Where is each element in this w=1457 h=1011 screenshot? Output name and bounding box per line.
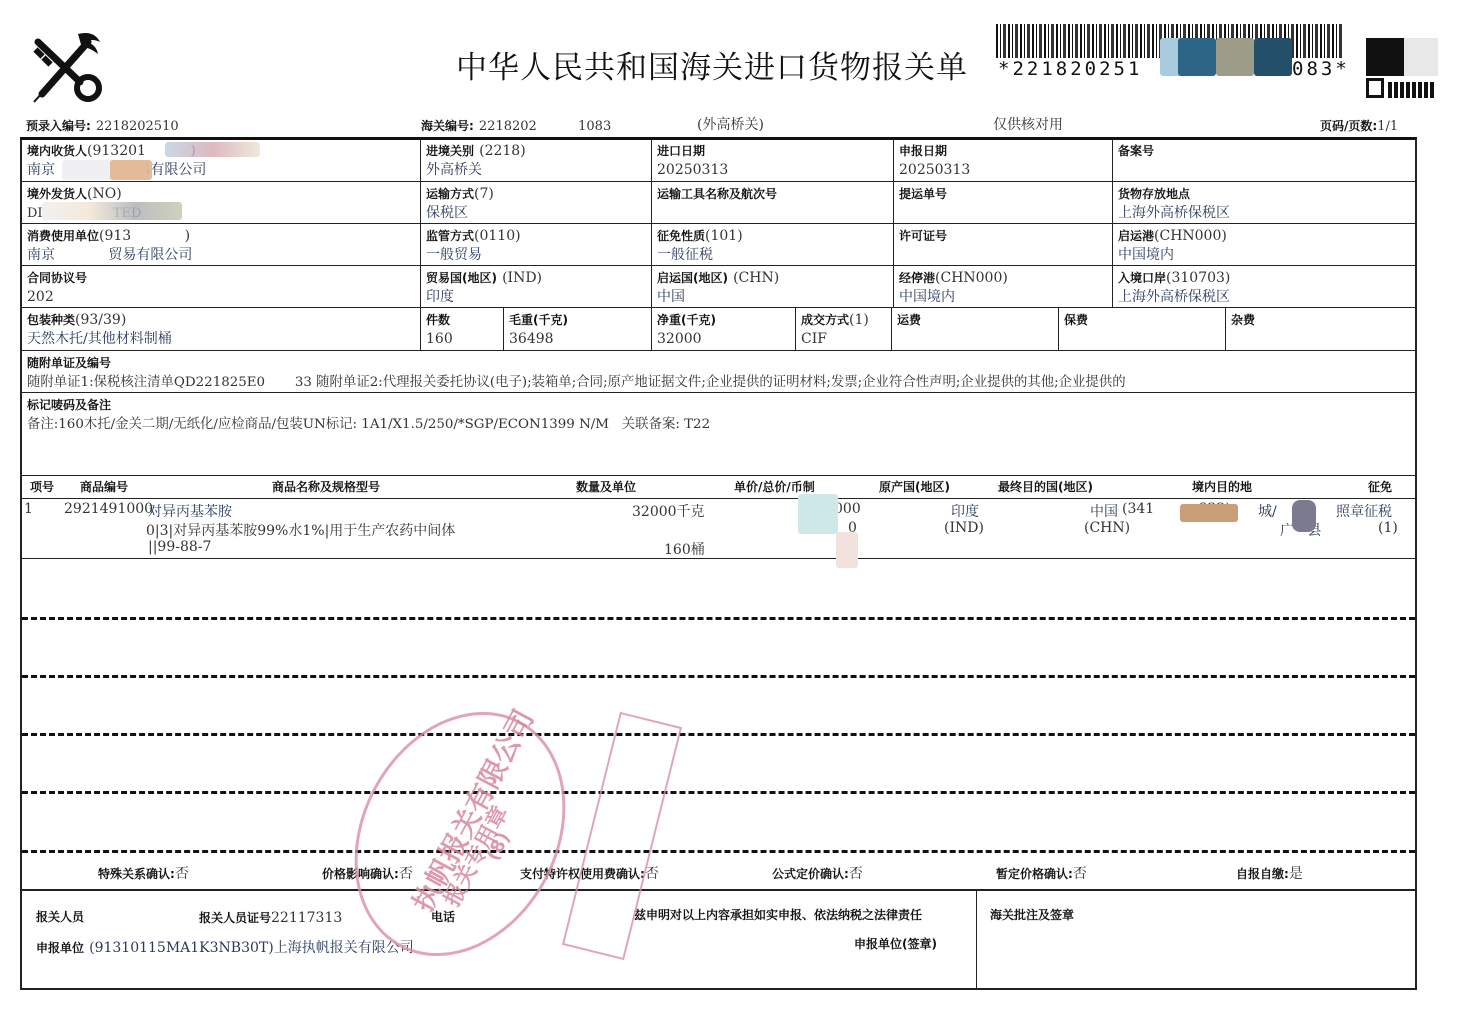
legal-statement: 兹申明对以上内容承担如实申报、依法纳税之法律责任 [634,906,922,923]
field-bill-no: 提运单号 [894,182,1113,223]
qr-code-icon [1366,28,1438,100]
row-divider [22,733,1415,736]
field-departure-country: 启运国(地区) (CHN) 中国 [652,266,894,307]
redaction [1180,504,1238,522]
barcode-text-prefix: *221820251 [998,58,1142,80]
declarant-cert: 报关人员证号22117313 [199,907,342,926]
form-row-2: 境外发货人(NO) DI TED 运输方式(7) 保税区 运输工具名称及航次号 … [22,182,1415,224]
field-consumer: 消费使用单位(913 ) 南京 贸易有限公司 [22,224,421,265]
redaction [798,494,838,534]
field-departure-port: 启运港(CHN000) 中国境内 [1113,224,1415,265]
field-gross-weight: 毛重(千克) 36498 [504,308,652,350]
field-contract-no: 合同协议号 202 [22,266,421,307]
field-freight: 运费 [892,308,1059,350]
row-divider [22,791,1415,794]
field-insurance: 保费 [1059,308,1226,350]
redaction [1254,38,1292,76]
redaction [1178,38,1216,76]
confirmations-row: 特殊关系确认:否 价格影响确认:否 支付特许权使用费确认:否 公式定价确认:否 … [22,853,1415,891]
field-license-no: 许可证号 [894,224,1113,265]
field-supervision: 监管方式(0110) 一般贸易 [421,224,652,265]
row-divider [22,675,1415,678]
form-title: 中华人民共和国海关进口货物报关单 [456,42,968,87]
col-price: 单价/总价/币制 [734,478,815,495]
field-net-weight: 净重(千克) 32000 [652,308,796,350]
form-row-4: 合同协议号 202 贸易国(地区) (IND) 印度 启运国(地区) (CHN)… [22,266,1415,308]
marks-and-remarks: 标记唛码及备注 备注:160木托/金关二期/无纸化/应检商品/包装UN标记: 1… [22,393,1415,476]
field-pieces: 件数 160 [421,308,504,350]
confirm-provisional-price: 暂定价格确认:否 [996,863,1087,883]
field-trade-country: 贸易国(地区) (IND) 印度 [421,266,652,307]
col-item-no: 项号 [30,478,54,495]
goods-table-header: 项号 商品编号 商品名称及规格型号 数量及单位 单价/总价/币制 原产国(地区)… [22,476,1415,499]
field-entry-port: 入境口岸(310703) 上海外高桥保税区 [1113,266,1415,307]
page-indicator: 页码/页数:1/1 [1320,115,1398,134]
field-storage-place: 货物存放地点 上海外高桥保税区 [1113,182,1415,223]
redaction [836,532,858,568]
col-final-dest: 最终目的国(地区) [998,478,1093,495]
col-quantity: 数量及单位 [576,478,636,495]
pre-entry-number: 预录入编号: 2218202510 [26,115,179,134]
field-misc-fee: 杂费 [1226,308,1415,350]
field-transport-name: 运输工具名称及航次号 [652,182,894,223]
confirm-formula-pricing: 公式定价确认:否 [772,863,863,883]
customs-emblem-icon [28,28,108,106]
form-row-3: 消费使用单位(913 ) 南京 贸易有限公司 监管方式(0110) 一般贸易 征… [22,224,1415,266]
col-origin: 原产国(地区) [879,478,950,495]
declarant-label: 报关人员 [36,908,84,925]
row-divider [22,617,1415,620]
field-deal-mode: 成交方式(1) CIF [796,308,892,350]
attached-documents: 随附单证及编号 随附单证1:保税核注清单QD221825E0 33 随附单证2:… [22,351,1415,393]
customs-note-label: 海关批注及签章 [990,906,1074,923]
field-transport-mode: 运输方式(7) 保税区 [421,182,652,223]
field-entry-customs: 进境关别 (2218) 外高桥关 [421,139,652,181]
seal-label: 申报单位(签章) [854,935,937,952]
field-declare-date: 申报日期 20250313 [894,139,1113,181]
field-tax-nature: 征免性质(101) 一般征税 [652,224,894,265]
confirm-self-declare: 自报自缴:是 [1236,863,1303,883]
customs-office: (外高桥关) [697,114,764,134]
field-import-date: 进口日期 20250313 [652,139,894,181]
col-hs-code: 商品编号 [80,478,128,495]
redaction [110,160,152,180]
field-record-no: 备案号 [1113,139,1415,181]
footer-divider [976,891,977,988]
redaction [165,142,260,157]
col-domestic-dest: 境内目的地 [1192,478,1252,495]
field-package-type: 包装种类(93/39) 天然木托/其他材料制桶 [22,308,421,350]
redaction [1216,38,1254,76]
confirm-special-relation: 特殊关系确认:否 [98,863,189,883]
customs-number: 海关编号: 2218202 1083 [421,115,611,134]
verify-only-note: 仅供核对用 [993,114,1063,134]
redaction [42,202,182,220]
redaction [1292,500,1316,532]
declare-unit: 申报单位 (91310115MA1K3NB30T)上海执帆报关有限公司 [36,937,414,957]
col-name-spec: 商品名称及规格型号 [272,478,380,495]
form-row-5: 包装种类(93/39) 天然木托/其他材料制桶 件数 160 毛重(千克) 36… [22,308,1415,351]
barcode-text-suffix: 083* [1292,58,1350,80]
field-stop-port: 经停港(CHN000) 中国境内 [894,266,1113,307]
col-tax-mode: 征免 [1368,478,1392,495]
